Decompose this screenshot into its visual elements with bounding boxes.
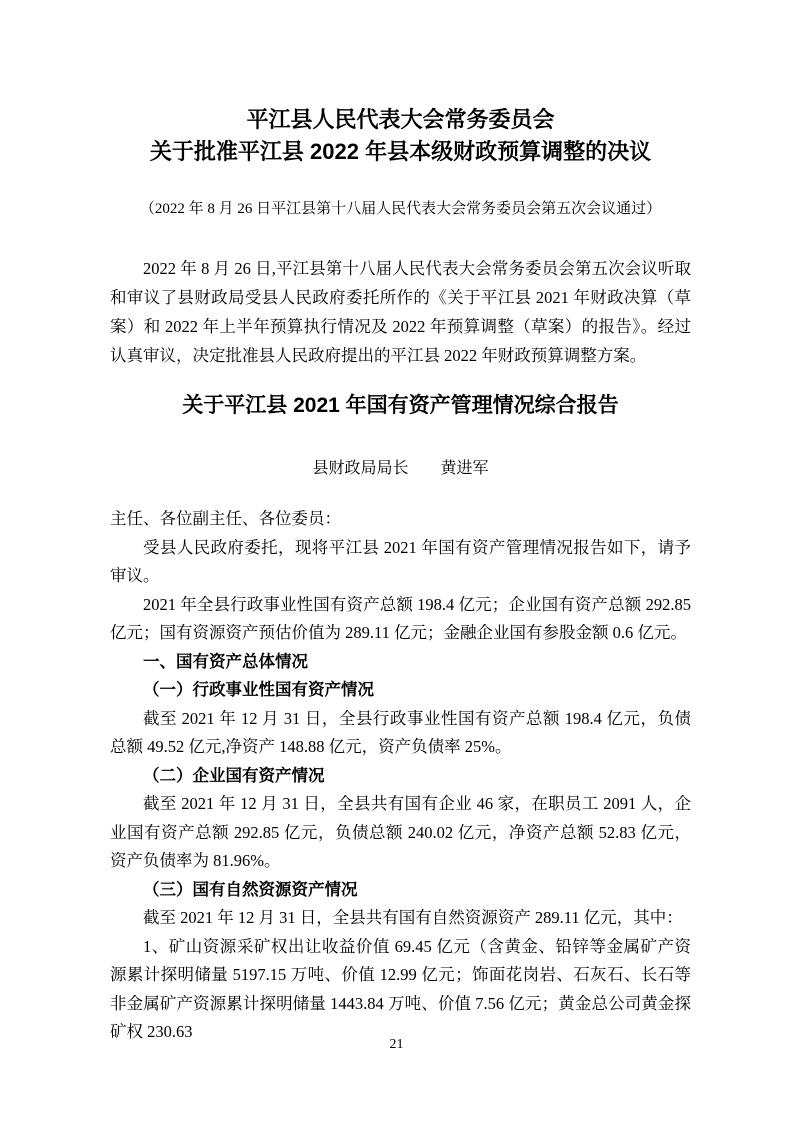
meeting-note: （2022 年 8 月 26 日平江县第十八届人民代表大会常务委员会第五次会议通… bbox=[110, 195, 691, 224]
intro-paragraph: 受县人民政府委托，现将平江县 2021 年国有资产管理情况报告如下，请予审议。 bbox=[110, 534, 691, 591]
report-title: 关于平江县 2021 年国有资产管理情况综合报告 bbox=[110, 389, 691, 423]
document-page: 平江县人民代表大会常务委员会 关于批准平江县 2022 年县本级财政预算调整的决… bbox=[0, 0, 793, 1122]
page-number: 21 bbox=[0, 1036, 793, 1054]
report-byline: 县财政局局长 黄进军 bbox=[110, 454, 691, 483]
doc-title-line1: 平江县人民代表大会常务委员会 bbox=[110, 104, 691, 136]
decision-paragraph: 2022 年 8 月 26 日,平江县第十八届人民代表大会常务委员会第五次会议听… bbox=[110, 254, 691, 370]
section-1-heading: 一、国有资产总体情况 bbox=[110, 648, 691, 677]
salutation: 主任、各位副主任、各位委员： bbox=[110, 505, 691, 534]
summary-paragraph: 2021 年全县行政事业性国有资产总额 198.4 亿元；企业国有资产总额 29… bbox=[110, 591, 691, 648]
doc-title-line2: 关于批准平江县 2022 年县本级财政预算调整的决议 bbox=[110, 136, 691, 168]
list-item-1: 1、矿山资源采矿权出让收益价值 69.45 亿元（含黄金、铅锌等金属矿产资源累计… bbox=[110, 933, 691, 1047]
subsection-3-body: 截至 2021 年 12 月 31 日，全县共有国有自然资源资产 289.11 … bbox=[110, 904, 691, 933]
subsection-2-heading: （二）企业国有资产情况 bbox=[110, 762, 691, 791]
subsection-1-heading: （一）行政事业性国有资产情况 bbox=[110, 676, 691, 705]
subsection-3-heading: （三）国有自然资源资产情况 bbox=[110, 876, 691, 905]
document-content: 平江县人民代表大会常务委员会 关于批准平江县 2022 年县本级财政预算调整的决… bbox=[110, 104, 691, 1047]
subsection-1-body: 截至 2021 年 12 月 31 日，全县行政事业性国有资产总额 198.4 … bbox=[110, 705, 691, 762]
subsection-2-body: 截至 2021 年 12 月 31 日，全县共有国有企业 46 家，在职员工 2… bbox=[110, 790, 691, 876]
